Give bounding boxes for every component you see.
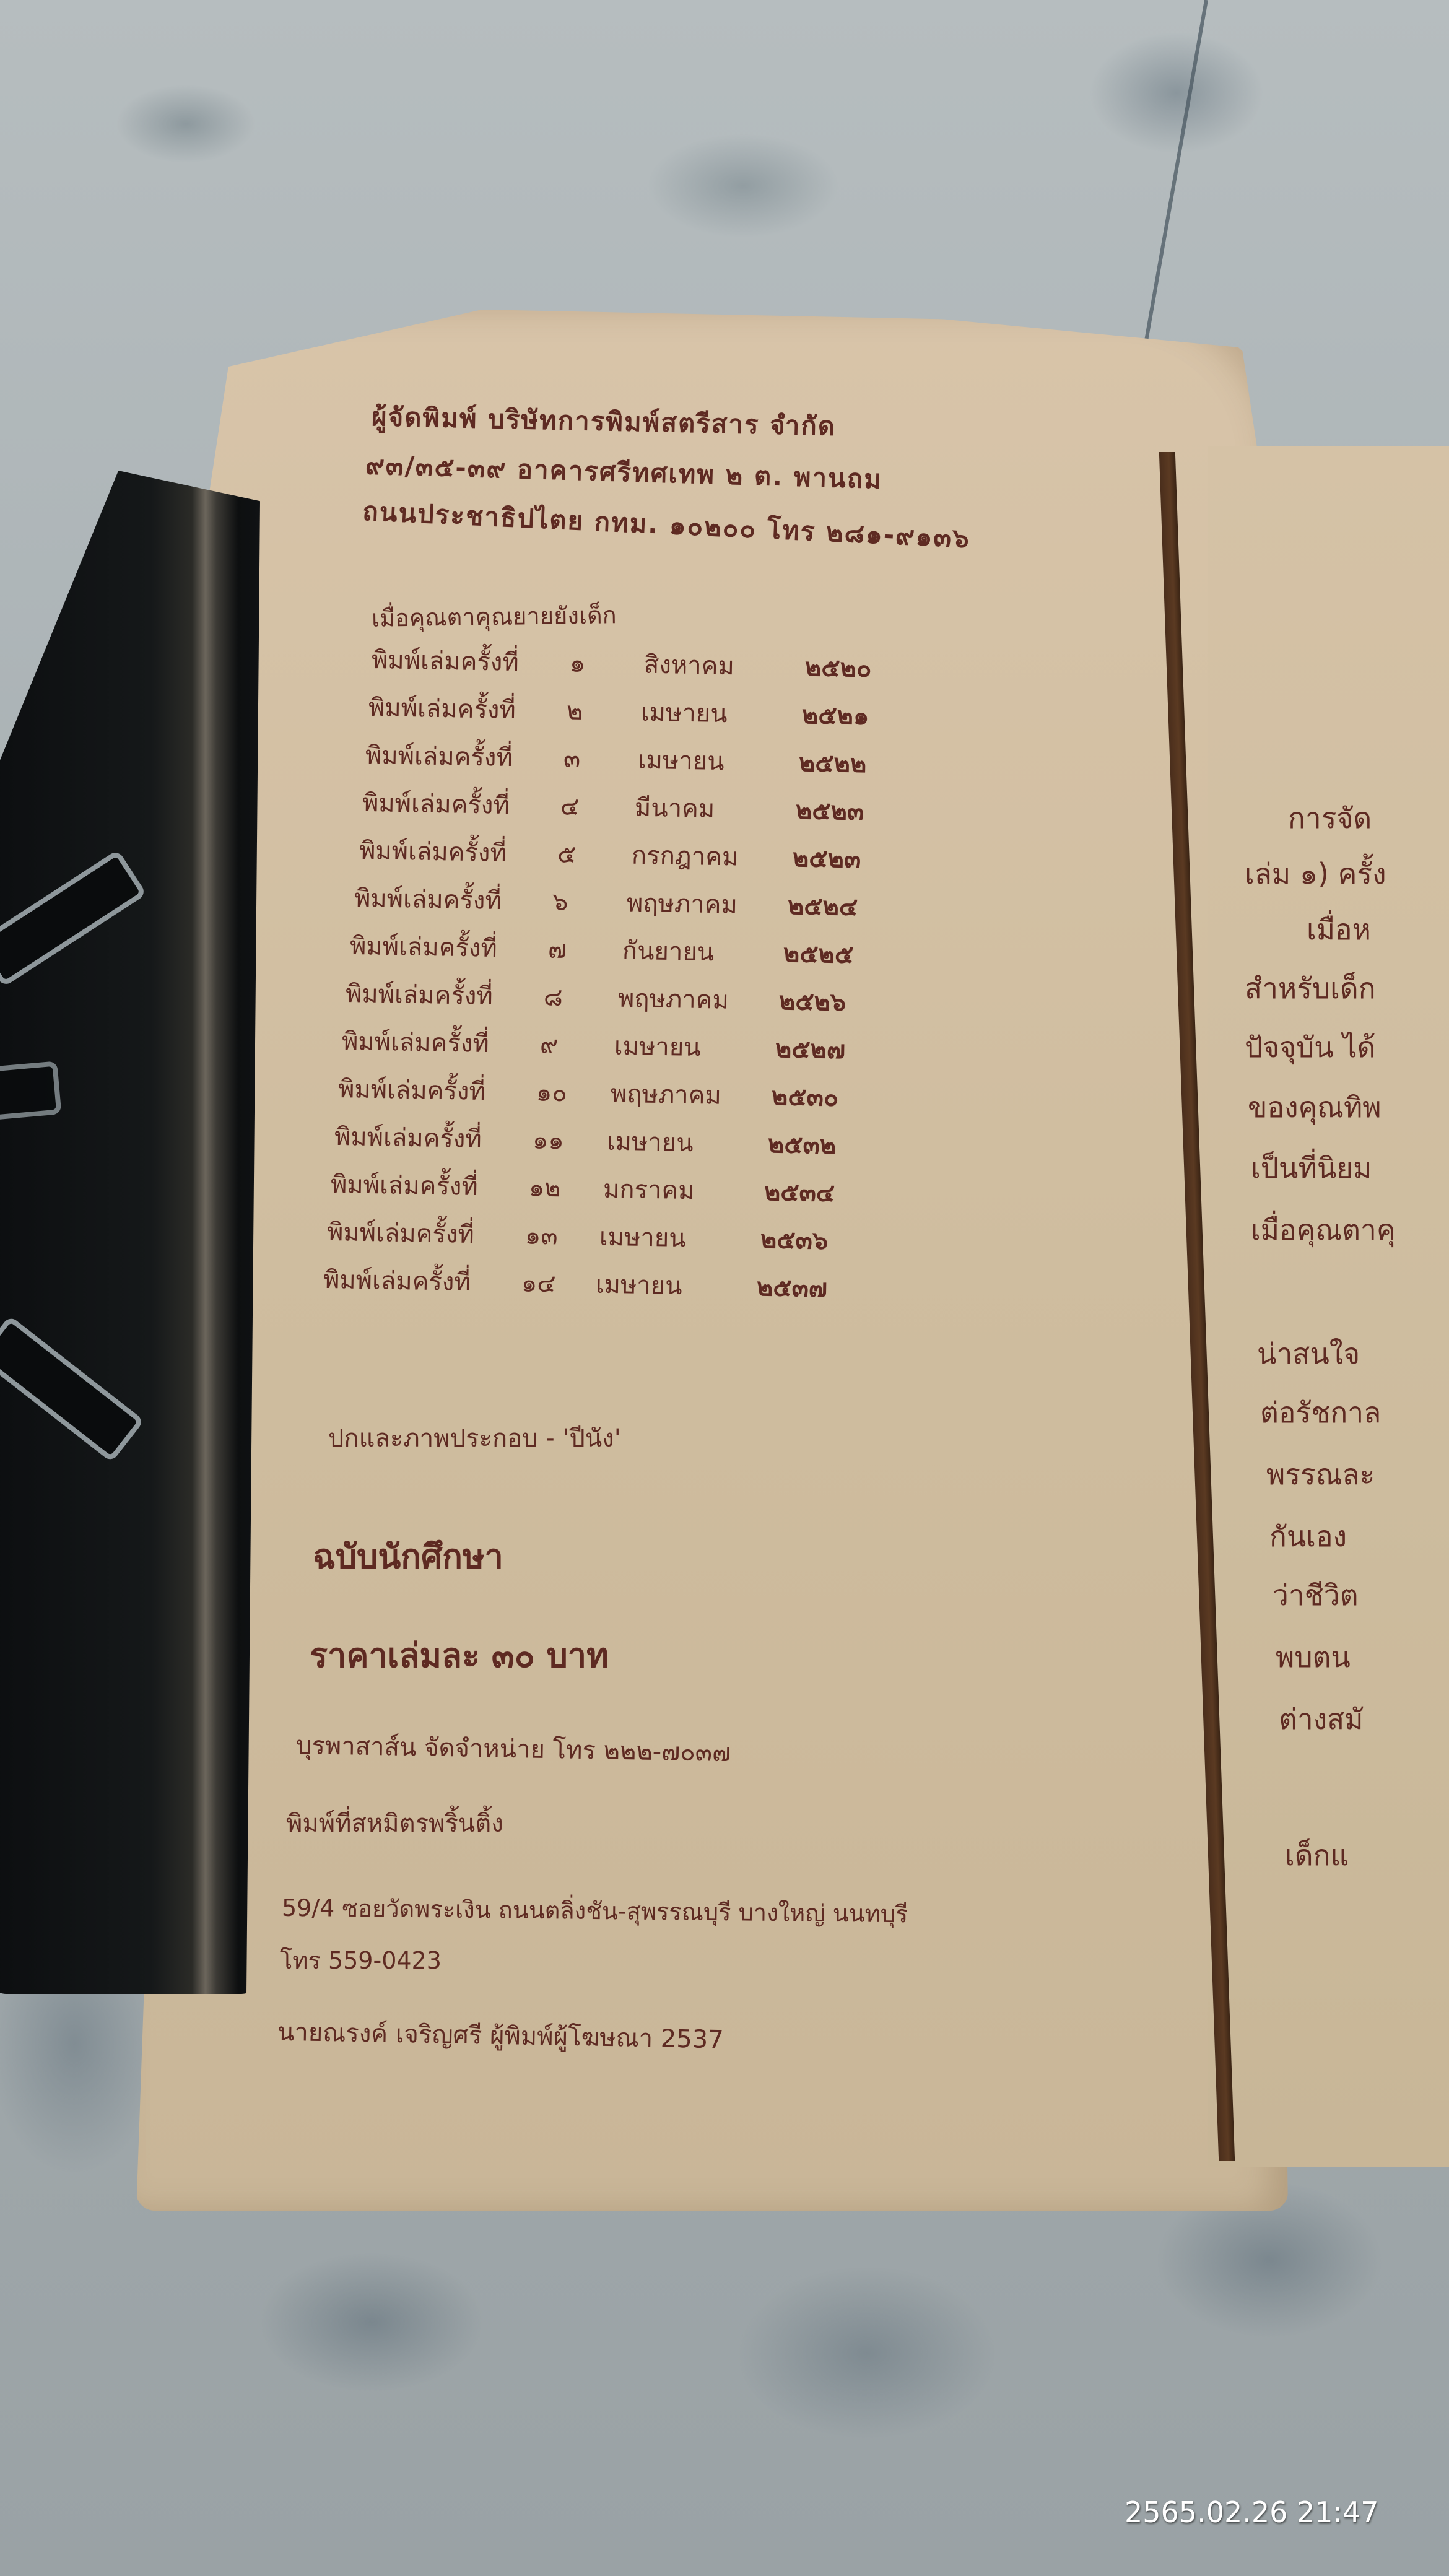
right-page-line: เมื่อห	[1307, 907, 1371, 952]
book-title: เมื่อคุณตาคุณยายยังเด็ก	[372, 596, 617, 637]
right-page-line: ต่างสมั	[1279, 1697, 1364, 1742]
price: ราคาเล่มละ ๓๐ บาท	[310, 1629, 609, 1682]
photo-timestamp: 2565.02.26 21:47	[1125, 2495, 1379, 2529]
cover-illustration-credit: ปกและภาพประกอบ - 'ปีนัง'	[328, 1418, 621, 1458]
right-page-line: ของคุณทิพ	[1248, 1085, 1382, 1130]
right-page	[1207, 446, 1449, 2167]
right-page-line: พรรณละ	[1266, 1452, 1375, 1497]
right-page-line: ว่าชีวิต	[1273, 1573, 1359, 1618]
edition-name: ฉบับนักศึกษา	[313, 1529, 503, 1583]
printer-name: พิมพ์ที่สหมิตรพริ้นติ้ง	[286, 1803, 503, 1843]
right-page-line: เล่ม ๑) ครั้ง	[1245, 851, 1386, 897]
printer-phone: โทร 559-0423	[280, 1941, 442, 1979]
metal-book-clip	[0, 471, 260, 1994]
printer-publisher-person: นายณรงค์ เจริญศรี ผู้พิมพ์ผู้โฆษณา 2537	[277, 2012, 724, 2060]
right-page-line: กันเอง	[1269, 1514, 1347, 1559]
right-page-line: การจัด	[1288, 796, 1372, 841]
right-page-line: เมื่อคุณตาคุ	[1251, 1207, 1396, 1253]
right-page-line: พบตน	[1276, 1635, 1351, 1680]
distributor: บุรพาสาส์น จัดจำหน่าย โทร ๒๒๒-๗๐๓๗	[295, 1725, 731, 1772]
right-page-line: สำหรับเด็ก	[1245, 966, 1376, 1011]
right-page-line: เด็กแ	[1285, 1833, 1349, 1878]
right-page-line: ปัจจุบัน ได้	[1245, 1025, 1375, 1070]
right-page-line: เป็นที่นิยม	[1251, 1146, 1372, 1191]
right-page-line: ต่อรัชกาล	[1260, 1390, 1381, 1435]
printer-address: 59/4 ซอยวัดพระเงิน ถนนตลิ่งชัน-สุพรรณบุร…	[282, 1889, 908, 1933]
right-page-line: น่าสนใจ	[1257, 1331, 1360, 1377]
clip-slot	[0, 1061, 61, 1122]
